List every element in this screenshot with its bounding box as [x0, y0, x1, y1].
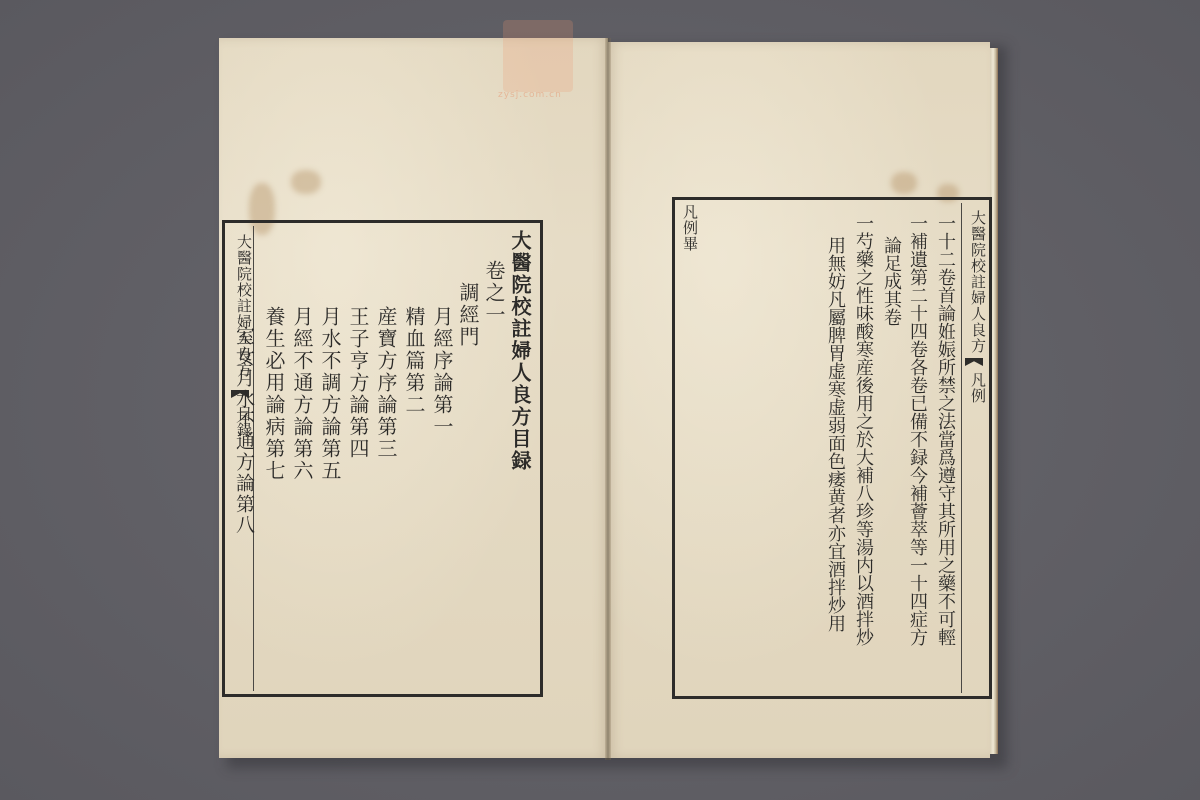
- stain: [891, 172, 917, 194]
- preface-line: 用無妨凡屬脾胃虚寒虚弱面色痿黄者亦宜酒拌炒用: [823, 236, 847, 632]
- preface-line: 一芍藥之性味酸寒産後用之於大補八珍等湯内以酒拌炒: [851, 214, 875, 646]
- open-book: 大醫院校註婦人良方 目録 大醫院校註婦人良方目録 卷之一 調經門 月經序論第一 …: [219, 38, 999, 760]
- toc-volume: 卷之一: [481, 260, 507, 326]
- toc-entry: 産寶方序論第三: [373, 306, 399, 460]
- preface-line: 一十二卷首論姙娠所禁之法當爲遵守其所用之藥不可輕: [933, 214, 957, 646]
- watermark-text: zysj.com.cn: [498, 90, 562, 100]
- toc-entry: 月經不通方論第六: [289, 306, 315, 482]
- right-margin-title: 大醫院校註婦人良方: [965, 210, 991, 354]
- toc-entry: 月經序論第一: [429, 306, 455, 438]
- right-margin-section: 凡例: [965, 372, 991, 404]
- toc-title: 大醫院校註婦人良方目録: [507, 230, 533, 472]
- spine-fold: [605, 38, 611, 760]
- watermark-logo: [503, 20, 573, 92]
- toc-entry: 室女月水不通方論第八: [231, 326, 257, 536]
- preface-line: 論足成其卷: [879, 236, 903, 326]
- toc-entry: 王子亨方論第四: [345, 306, 371, 460]
- toc-entry: 月水不調方論第五: [317, 306, 343, 482]
- toc-entry: 精血篇第二: [401, 306, 427, 416]
- preface-end-marker: 凡例畢: [677, 204, 703, 252]
- stain: [291, 170, 321, 194]
- toc-entry: 養生必用論病第七: [261, 306, 287, 482]
- toc-section: 調經門: [455, 282, 481, 348]
- preface-line: 一補遺第二十四卷各卷已備不録今補薈萃等一十四症方: [905, 214, 929, 646]
